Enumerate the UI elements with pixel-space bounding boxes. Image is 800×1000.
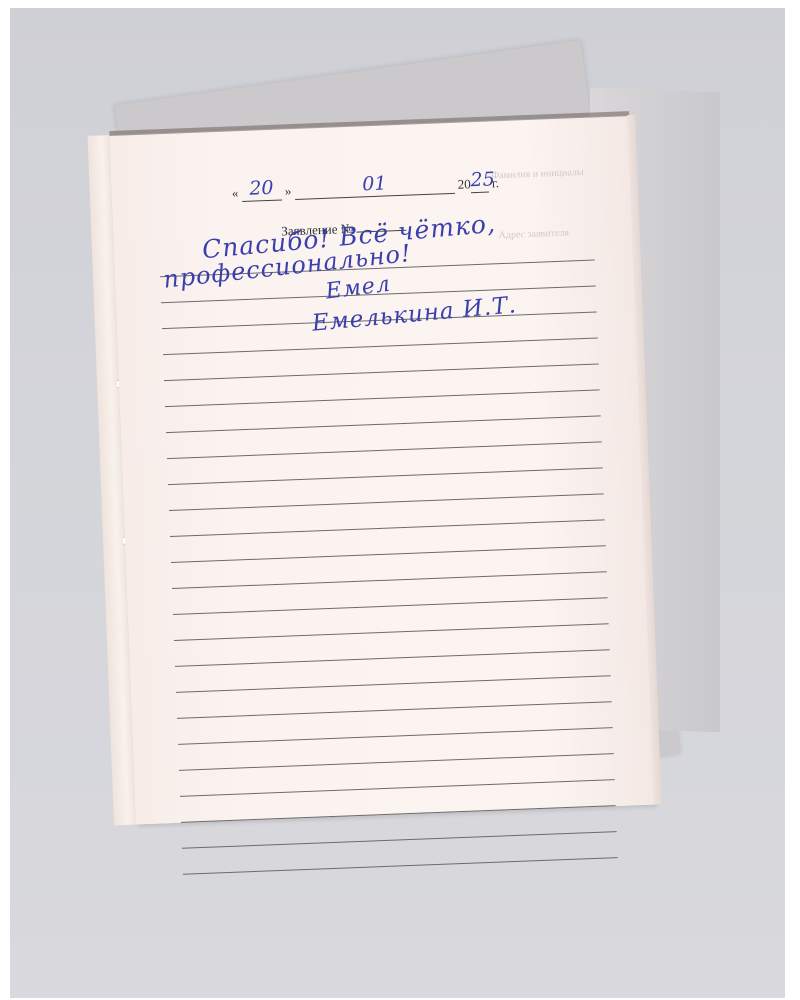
notebook-page: Фамилия и инициалы Адрес заявителя « 20 … bbox=[110, 115, 656, 824]
notebook: Фамилия и инициалы Адрес заявителя « 20 … bbox=[86, 85, 668, 826]
date-year-value: 25 bbox=[470, 169, 489, 192]
date-year-field: 25 bbox=[470, 176, 489, 194]
page-top-edge bbox=[109, 111, 629, 136]
date-open-quote: « bbox=[232, 185, 239, 200]
date-year-prefix: 20 bbox=[457, 176, 471, 191]
date-month-field: 01 bbox=[294, 177, 455, 200]
ruled-lines bbox=[159, 235, 618, 875]
date-day-field: 20 bbox=[241, 183, 282, 202]
date-month-value: 01 bbox=[294, 170, 455, 198]
date-line: « 20 » 01 2025 г. bbox=[232, 175, 500, 202]
date-close-quote: » bbox=[285, 183, 292, 198]
bleed-through-text: Фамилия и инициалы bbox=[491, 167, 584, 182]
date-day-value: 20 bbox=[241, 176, 282, 200]
